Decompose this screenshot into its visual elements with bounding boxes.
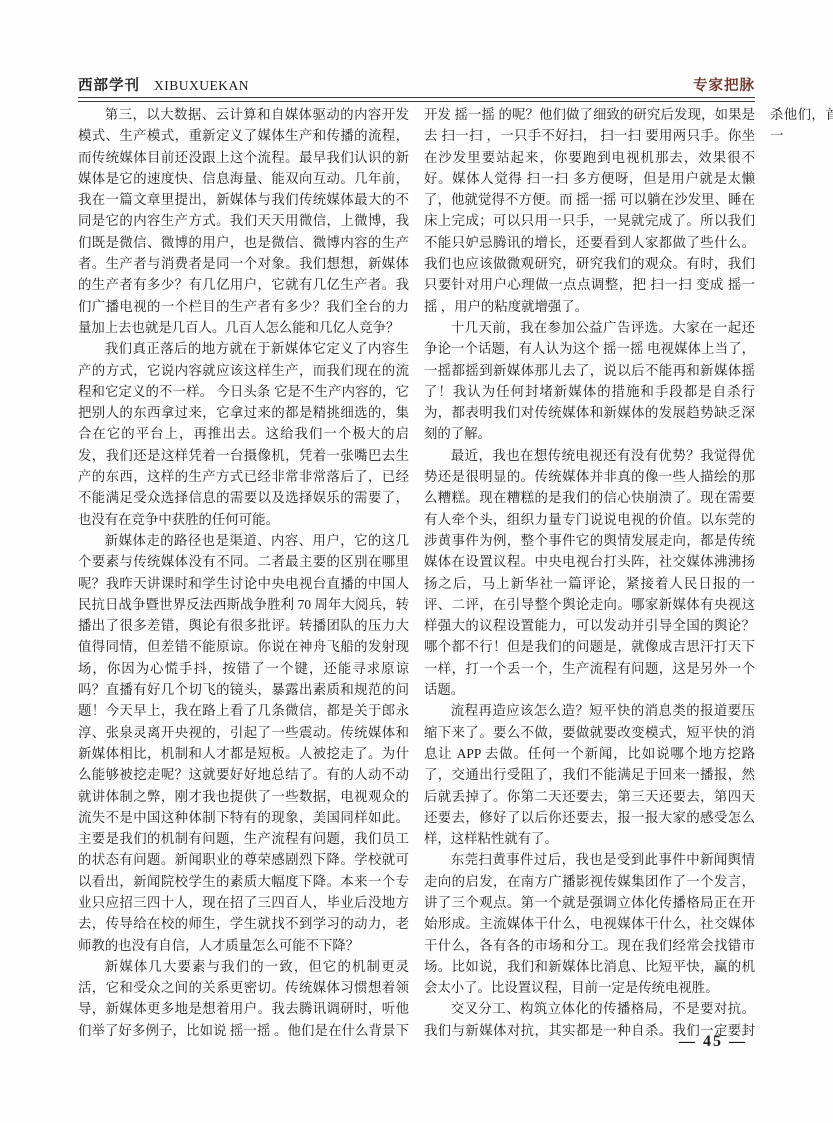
journal-name-chinese: 西部学刊 (78, 74, 140, 95)
body-paragraph: 新媒体走的路径也是渠道、内容、用户，它的这几个要素与传统媒体没有不同。二者最主要… (78, 530, 409, 956)
body-paragraph: 我们真正落后的地方就在于新媒体它定义了内容生产的方式，它说内容就应该这样生产，而… (78, 338, 409, 530)
body-paragraph: 十几天前，我在参加公益广告评选。大家在一起还争论一个话题，有人认为这个 摇一摇 … (424, 317, 755, 445)
body-paragraph: 东莞扫黄事件过后，我也是受到此事件中新闻舆情走向的启发，在南方广播影视传媒集团作… (424, 849, 755, 998)
body-paragraph: 流程再造应该怎么造？短平快的消息类的报道要压缩下来了。要么不做，要做就要改变模式… (424, 700, 755, 849)
page-header: 西部学刊 XIBUXUEKAN 专家把脉 (78, 74, 755, 95)
article-body: 第三，以大数据、云计算和自媒体驱动的内容开发模式、生产模式，重新定义了媒体生产和… (78, 104, 755, 1044)
journal-title-block: 西部学刊 XIBUXUEKAN (78, 74, 249, 95)
journal-page: 西部学刊 XIBUXUEKAN 专家把脉 第三，以大数据、云计算和自媒体驱动的内… (0, 0, 833, 1123)
body-paragraph: 最近，我也在想传统电视还有没有优势？我觉得优势还是很明显的。传统媒体并非真的像一… (424, 445, 755, 701)
body-paragraph: 第三，以大数据、云计算和自媒体驱动的内容开发模式、生产模式，重新定义了媒体生产和… (78, 104, 409, 338)
page-number: — 45 — (679, 1033, 747, 1051)
journal-name-pinyin: XIBUXUEKAN (154, 78, 249, 94)
header-divider-rule (78, 97, 755, 102)
section-title: 专家把脉 (693, 74, 755, 95)
